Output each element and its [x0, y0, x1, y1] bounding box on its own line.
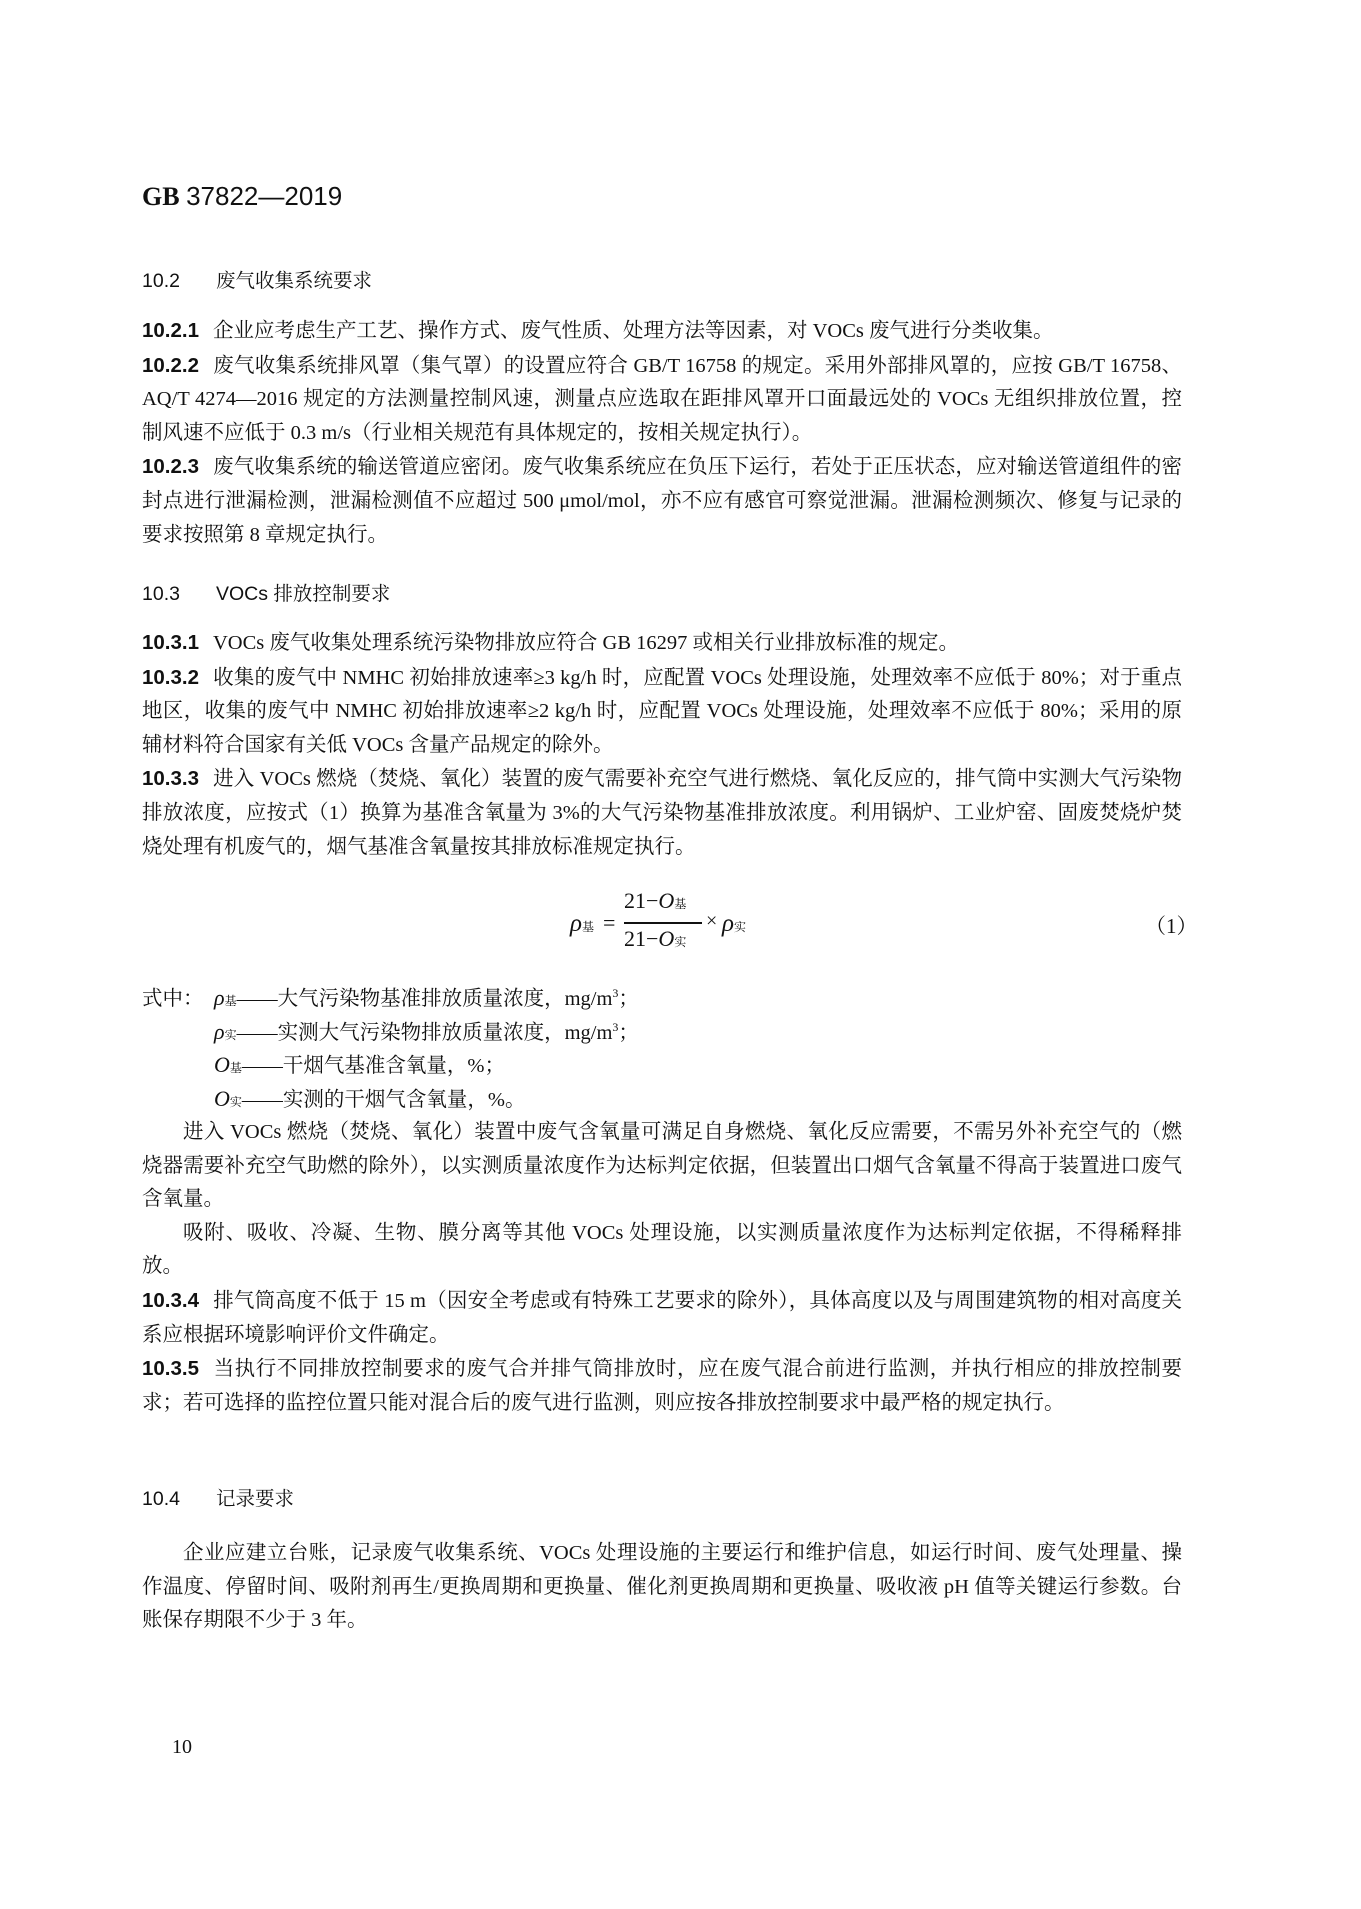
- clause-text: 企业应考虑生产工艺、操作方式、废气性质、处理方法等因素，对 VOCs 废气进行分…: [213, 320, 1054, 342]
- dash: ——: [237, 1022, 278, 1044]
- clause-10-2-3: 10.2.3废气收集系统的输送管道应密闭。废气收集系统应在负压下运行，若处于正压…: [142, 450, 1182, 552]
- variable-description: 实测的干烟气含氧量，%。: [283, 1089, 526, 1111]
- variable-symbol: ρ基: [214, 985, 237, 1010]
- symbol: O: [214, 1086, 230, 1111]
- paragraph-other-facilities: 吸附、吸收、冷凝、生物、膜分离等其他 VOCs 处理设施，以实测质量浓度作为达标…: [142, 1217, 1182, 1284]
- o-symbol: O: [658, 888, 674, 913]
- clause-10-2-2: 10.2.2废气收集系统排风罩（集气罩）的设置应符合 GB/T 16758 的规…: [142, 349, 1182, 451]
- subscript: 实: [230, 1095, 242, 1109]
- variable-description: 实测大气污染物排放质量浓度，mg/m: [278, 1022, 613, 1044]
- symbol: ρ: [214, 985, 225, 1010]
- clauses-10-2: 10.2.1企业应考虑生产工艺、操作方式、废气性质、处理方法等因素，对 VOCs…: [142, 314, 1182, 552]
- symbol: O: [214, 1052, 230, 1077]
- denominator: 21−O实: [624, 926, 686, 952]
- clause-10-3-2: 10.3.2收集的废气中 NMHC 初始排放速率≥3 kg/h 时，应配置 VO…: [142, 661, 1182, 763]
- section-title: 记录要求: [216, 1488, 294, 1510]
- variable-symbol: ρ实: [214, 1019, 237, 1044]
- clause-10-3-5: 10.3.5当执行不同排放控制要求的废气合并排气筒排放时，应在废气混合前进行监测…: [142, 1352, 1182, 1420]
- section-heading-10-3: 10.3VOCs 排放控制要求: [142, 579, 390, 609]
- const: 21: [624, 888, 646, 913]
- section-number: 10.4: [142, 1484, 216, 1514]
- clause-text: VOCs 废气收集处理系统污染物排放应符合 GB 16297 或相关行业排放标准…: [213, 632, 959, 654]
- dash: ——: [242, 1055, 283, 1077]
- section-title: 废气收集系统要求: [216, 270, 372, 292]
- clause-number: 10.2.2: [142, 354, 199, 377]
- variable-row: O实——实测的干烟气含氧量，%。: [142, 1082, 639, 1116]
- clause-text: 当执行不同排放控制要求的废气合并排气筒排放时，应在废气混合前进行监测，并执行相应…: [142, 1358, 1182, 1414]
- clause-10-2-1: 10.2.1企业应考虑生产工艺、操作方式、废气性质、处理方法等因素，对 VOCs…: [142, 314, 1182, 349]
- dash: ——: [242, 1089, 283, 1111]
- variable-symbol: O基: [214, 1052, 242, 1077]
- section-number: 10.2: [142, 266, 216, 296]
- clause-text: 废气收集系统的输送管道应密闭。废气收集系统应在负压下运行，若处于正压状态，应对输…: [142, 456, 1182, 545]
- subscript: 实: [225, 1028, 237, 1042]
- equals-sign: =: [603, 910, 615, 936]
- section-number: 10.3: [142, 579, 216, 609]
- o-symbol: O: [658, 926, 674, 951]
- clauses-10-3: 10.3.1VOCs 废气收集处理系统污染物排放应符合 GB 16297 或相关…: [142, 626, 1182, 864]
- variable-row: ρ实——实测大气污染物排放质量浓度，mg/m3；: [142, 1015, 639, 1049]
- page-number: 10: [172, 1736, 192, 1759]
- rho-symbol: ρ: [570, 910, 582, 937]
- paragraph-oxygen-content: 进入 VOCs 燃烧（焚烧、氧化）装置中废气含氧量可满足自身燃烧、氧化反应需要，…: [142, 1116, 1182, 1217]
- clause-10-3-1: 10.3.1VOCs 废气收集处理系统污染物排放应符合 GB 16297 或相关…: [142, 626, 1182, 661]
- formula-lhs: ρ基: [570, 910, 594, 938]
- rho-symbol: ρ: [722, 910, 734, 937]
- section-title: VOCs 排放控制要求: [216, 583, 390, 605]
- clause-text: 排气筒高度不低于 15 m（因安全考虑或有特殊工艺要求的除外），具体高度以及与周…: [142, 1290, 1182, 1346]
- subscript: 实: [734, 920, 746, 934]
- where-label: 式中：: [142, 983, 214, 1017]
- const: 21: [624, 926, 646, 951]
- clause-10-3-4: 10.3.4排气筒高度不低于 15 m（因安全考虑或有特殊工艺要求的除外），具体…: [142, 1284, 1182, 1352]
- variable-row: 式中：ρ基——大气污染物基准排放质量浓度，mg/m3；: [142, 981, 639, 1015]
- formula-rhs: ρ实: [722, 910, 746, 938]
- clause-number: 10.3.5: [142, 1357, 199, 1380]
- symbol: ρ: [214, 1019, 225, 1044]
- document-page: GB 37822—2019 10.2废气收集系统要求 10.2.1企业应考虑生产…: [0, 0, 1361, 1909]
- clause-10-3-3: 10.3.3进入 VOCs 燃烧（焚烧、氧化）装置的废气需要补充空气进行燃烧、氧…: [142, 762, 1182, 864]
- equation-number: （1）: [1145, 910, 1198, 940]
- clause-text: 废气收集系统排风罩（集气罩）的设置应符合 GB/T 16758 的规定。采用外部…: [142, 355, 1182, 444]
- clause-text: 收集的废气中 NMHC 初始排放速率≥3 kg/h 时，应配置 VOCs 处理设…: [142, 667, 1182, 756]
- variable-definitions: 式中：ρ基——大气污染物基准排放质量浓度，mg/m3； ρ实——实测大气污染物排…: [142, 981, 639, 1115]
- subscript: 基: [582, 920, 594, 934]
- variable-description: 干烟气基准含氧量，%；: [283, 1055, 505, 1077]
- clause-number: 10.3.2: [142, 666, 199, 689]
- paragraph-records: 企业应建立台账，记录废气收集系统、VOCs 处理设施的主要运行和维护信息，如运行…: [142, 1537, 1182, 1638]
- section-heading-10-2: 10.2废气收集系统要求: [142, 266, 372, 296]
- minus-sign: −: [646, 926, 658, 951]
- formula-1: ρ基 = 21−O基 21−O实 × ρ实 （1）: [560, 888, 1200, 966]
- times-sign: ×: [706, 910, 717, 933]
- punctuation: ；: [618, 1022, 639, 1044]
- clause-number: 10.3.4: [142, 1289, 199, 1312]
- punctuation: ；: [618, 988, 639, 1010]
- clause-number: 10.3.1: [142, 631, 199, 654]
- clause-number: 10.2.3: [142, 455, 199, 478]
- subscript: 基: [225, 994, 237, 1008]
- clause-number: 10.3.3: [142, 767, 199, 790]
- numerator: 21−O基: [624, 888, 686, 914]
- variable-row: O基——干烟气基准含氧量，%；: [142, 1048, 639, 1082]
- dash: ——: [237, 988, 278, 1010]
- minus-sign: −: [646, 888, 658, 913]
- standard-prefix: GB: [142, 182, 180, 211]
- record-requirements: 企业应建立台账，记录废气收集系统、VOCs 处理设施的主要运行和维护信息，如运行…: [142, 1537, 1182, 1638]
- clause-text: 进入 VOCs 燃烧（焚烧、氧化）装置的废气需要补充空气进行燃烧、氧化反应的，排…: [142, 768, 1182, 857]
- clauses-10-3-cont: 进入 VOCs 燃烧（焚烧、氧化）装置中废气含氧量可满足自身燃烧、氧化反应需要，…: [142, 1116, 1182, 1420]
- standard-code-header: GB 37822—2019: [142, 180, 342, 213]
- standard-number: 37822—2019: [186, 181, 342, 211]
- variable-description: 大气污染物基准排放质量浓度，mg/m: [278, 988, 613, 1010]
- clause-number: 10.2.1: [142, 319, 199, 342]
- subscript: 实: [674, 935, 686, 949]
- subscript: 基: [674, 897, 686, 911]
- fraction-bar: [624, 922, 702, 924]
- section-heading-10-4: 10.4记录要求: [142, 1484, 294, 1514]
- subscript: 基: [230, 1061, 242, 1075]
- variable-symbol: O实: [214, 1086, 242, 1111]
